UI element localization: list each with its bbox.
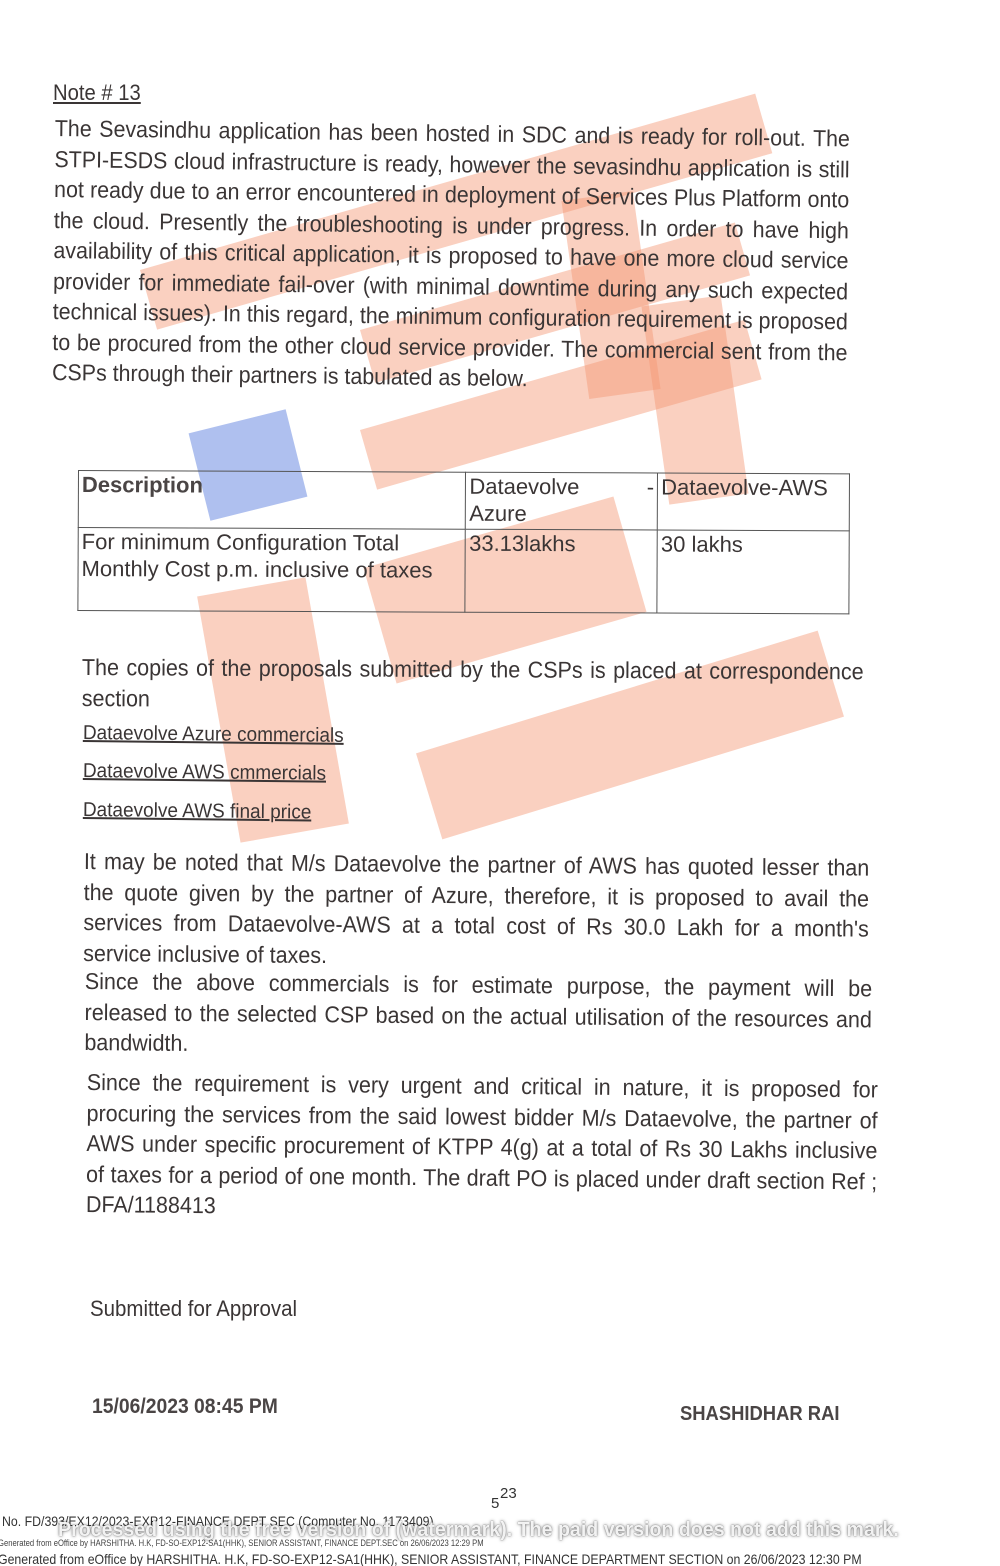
paragraph-procurement: Since the requirement is very urgent and… bbox=[86, 1067, 878, 1227]
note-title: Note # 13 bbox=[53, 80, 141, 106]
header-azure: Dataevolve- Azure bbox=[466, 472, 658, 530]
page-number-top: 23 bbox=[500, 1488, 517, 1500]
header-azure-label: Dataevolve bbox=[469, 473, 579, 500]
header-azure-provider: Azure bbox=[469, 500, 654, 528]
header-description: Description bbox=[78, 471, 466, 530]
cell-description: For minimum Configuration Total Monthly … bbox=[78, 528, 466, 613]
submitted-for-approval: Submitted for Approval bbox=[90, 1296, 297, 1322]
table-header-row: Description Dataevolve- Azure Dataevolve… bbox=[78, 471, 849, 531]
link-aws-final-price[interactable]: Dataevolve AWS final price bbox=[83, 799, 312, 825]
cell-aws-cost: 30 lakhs bbox=[657, 530, 849, 614]
header-azure-dash: - bbox=[647, 473, 654, 500]
footer-generated: Generated from eOffice by HARSHITHA. H.K… bbox=[0, 1551, 862, 1566]
paragraph-background: The Sevasindhu application has been host… bbox=[52, 113, 850, 398]
paragraph-proposals: The copies of the proposals submitted by… bbox=[82, 652, 864, 717]
commercials-table: Description Dataevolve- Azure Dataevolve… bbox=[77, 470, 850, 614]
note-datetime: 15/06/2023 08:45 PM bbox=[92, 1395, 278, 1419]
paragraph-comparison: It may be noted that M/s Dataevolve the … bbox=[83, 846, 869, 975]
paragraph-payment: Since the above commercials is for estim… bbox=[84, 966, 872, 1065]
signer-name: SHASHIDHAR RAI bbox=[680, 1403, 839, 1426]
page-number: 23 5 bbox=[491, 1488, 517, 1510]
header-aws: Dataevolve-AWS bbox=[657, 473, 849, 531]
link-azure-commercials[interactable]: Dataevolve Azure commercials bbox=[83, 722, 344, 748]
processed-watermark-text: Processed using the free version of (wat… bbox=[58, 1519, 899, 1542]
table-row: For minimum Configuration Total Monthly … bbox=[78, 528, 849, 614]
cell-azure-cost: 33.13lakhs bbox=[465, 529, 657, 613]
link-aws-commercials[interactable]: Dataevolve AWS cmmercials bbox=[83, 760, 326, 786]
